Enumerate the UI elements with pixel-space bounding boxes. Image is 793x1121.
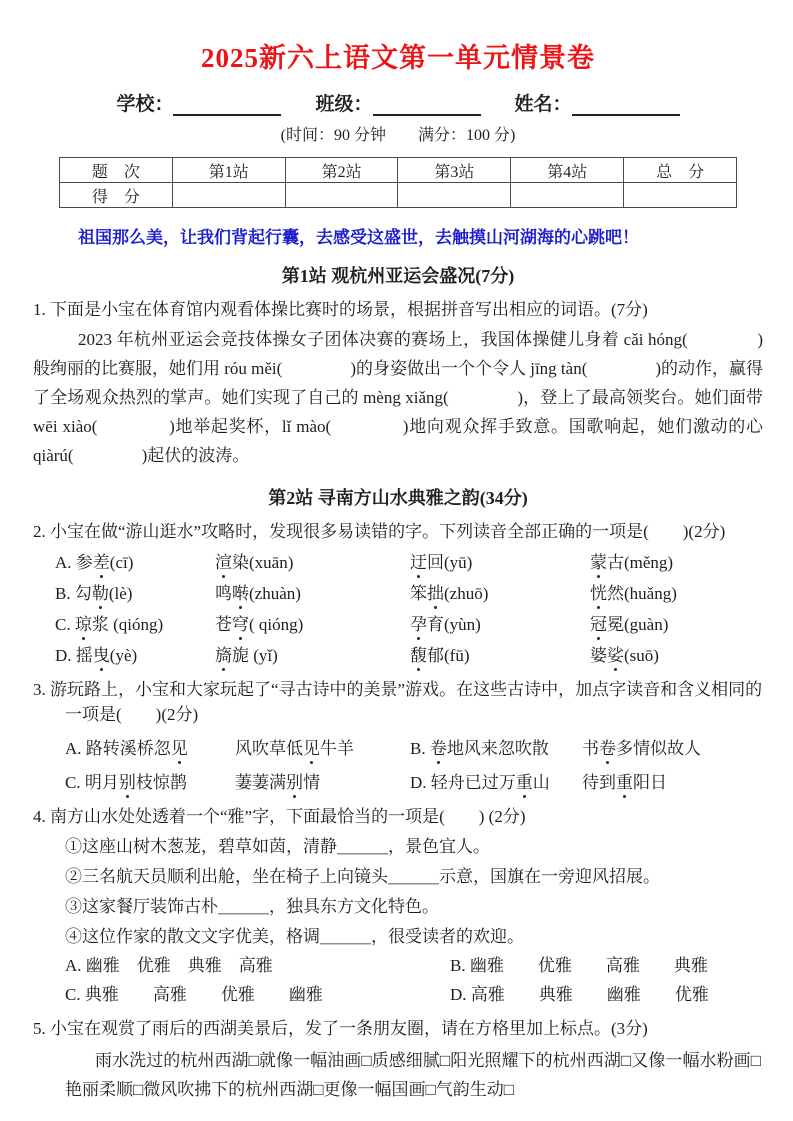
q5-stem: 5. 小宝在观赏了雨后的西湖美景后，发了一条朋友圈，请在方格里加上标点。(3分): [33, 1016, 763, 1041]
q3-stem: 3. 游玩路上，小宝和大家玩起了“寻古诗中的美景”游戏。在这些古诗中，加点字读音…: [33, 677, 763, 727]
score-col-total: 总 分: [624, 158, 737, 183]
q3-option-b-phrase1: B. 卷地风来忽吹散: [410, 737, 582, 761]
q2-option-c2: 苍穹( qióng): [215, 613, 410, 637]
q2-option-c4: 冠冕(guàn): [590, 613, 763, 637]
score-col-station2: 第2站: [285, 158, 398, 183]
dotted-char: 重: [616, 771, 633, 795]
option-text: 萋萋满: [235, 773, 286, 792]
q4-sentence-2: ②三名航天员顺利出舱，坐在椅子上向镜头＿＿＿示意，国旗在一旁迎风招展。: [65, 865, 763, 889]
q2-option-row-a: A. 参差(cī) 渲染(xuān) 迂回(yū) 蒙古(měng): [33, 551, 763, 575]
school-blank: [173, 95, 281, 116]
option-text: 苍: [215, 615, 232, 634]
option-text: 婆: [590, 646, 607, 665]
option-text: (cī): [110, 553, 134, 572]
option-text: 郁(fū): [427, 646, 469, 665]
q3-option-b-phrase2: 书卷多情似故人: [582, 737, 763, 761]
q3-option-d-phrase2: 待到重阳日: [582, 771, 763, 795]
q2-option-d1: D. 摇曳(yè): [55, 644, 215, 668]
q4-sentence-3: ③这家餐厅装饰古朴＿＿＿，独具东方文化特色。: [65, 895, 763, 919]
q4-sentence-4: ④这位作家的散文文字优美，格调＿＿＿，很受读者的欢迎。: [65, 925, 763, 949]
dotted-char: 馥: [410, 644, 427, 668]
q2-option-b1: B. 勾勒(lè): [55, 582, 215, 606]
option-text: 书: [582, 739, 599, 758]
time-score-line: (时间：90 分钟 满分：100 分): [33, 122, 763, 145]
option-text: 然(huǎng): [607, 584, 677, 603]
q2-option-row-c: C. 琼浆 (qióng) 苍穹( qióng) 孕育(yùn) 冠冕(guàn…: [33, 613, 763, 637]
dotted-char: 别: [286, 771, 303, 795]
option-text: 风吹草低: [235, 739, 303, 758]
q2-option-b3: 笨拙(zhuō): [410, 582, 590, 606]
score-col-label: 题 次: [60, 158, 173, 183]
q4-option-row-1: A. 幽雅 优雅 典雅 高雅 B. 幽雅 优雅 高雅 典雅: [33, 954, 763, 978]
score-table: 题 次 第1站 第2站 第3站 第4站 总 分 得 分: [59, 157, 737, 208]
score-cell-total: [624, 183, 737, 208]
q2-option-d2: 旖旎 (yǐ): [215, 644, 410, 668]
dotted-char: 拙: [427, 582, 444, 606]
name-field: 姓名：: [515, 89, 680, 116]
option-text: (zhuō): [444, 584, 488, 603]
q4-stem: 4. 南方山水处处透着一个“雅”字，下面最恰当的一项是( ) (2分): [33, 804, 763, 829]
option-text: (yè): [110, 646, 137, 665]
dotted-char: 见: [171, 737, 188, 761]
score-row-label: 得 分: [60, 183, 173, 208]
score-col-station4: 第4站: [511, 158, 624, 183]
dotted-char: 迂: [410, 551, 427, 575]
dotted-char: 曳: [93, 644, 110, 668]
q3-option-d-phrase1: D. 轻舟已过万重山: [410, 771, 582, 795]
q2-option-c1: C. 琼浆 (qióng): [55, 613, 215, 637]
score-cell-station4: [511, 183, 624, 208]
option-text: 枝惊鹊: [136, 773, 187, 792]
q2-option-a2: 渲染(xuān): [215, 551, 410, 575]
dotted-char: 渲: [215, 551, 232, 575]
option-text: 阳日: [633, 773, 667, 792]
q2-stem: 2. 小宝在做“游山逛水”攻略时，发现很多易读错的字。下列读音全部正确的一项是(…: [33, 519, 763, 544]
name-blank: [572, 95, 680, 116]
option-text: 待到: [582, 773, 616, 792]
q4-sentence-1: ①这座山树木葱茏，碧草如茵，清静＿＿＿，景色宜人。: [65, 835, 763, 859]
q4-option-row-2: C. 典雅 高雅 优雅 幽雅 D. 高雅 典雅 幽雅 优雅: [33, 983, 763, 1007]
q1-stem: 1. 下面是小宝在体育馆内观看体操比赛时的场景，根据拼音写出相应的词语。(7分): [33, 297, 763, 322]
station1-heading: 第1站 观杭州亚运会盛况(7分): [33, 262, 763, 288]
q2-option-b2: 鸣啭(zhuàn): [215, 582, 410, 606]
option-text: 山: [533, 773, 550, 792]
dotted-char: 恍: [590, 582, 607, 606]
student-info-row: 学校： 班级： 姓名：: [33, 89, 763, 116]
dotted-char: 别: [119, 771, 136, 795]
dotted-char: 啭: [232, 582, 249, 606]
option-text: D. 摇: [55, 646, 93, 665]
q3-option-a-phrase1: A. 路转溪桥忽见: [65, 737, 235, 761]
dotted-char: 卷: [430, 737, 447, 761]
dotted-char: 卷: [599, 737, 616, 761]
q2-option-c3: 孕育(yùn): [410, 613, 590, 637]
option-text: 笨: [410, 584, 427, 603]
class-label: 班级：: [315, 94, 372, 115]
option-text: 回(yū): [427, 553, 472, 572]
motto-line: 祖国那么美，让我们背起行囊，去感受这盛世，去触摸山河湖海的心跳吧！: [78, 223, 763, 248]
q2-option-row-d: D. 摇曳(yè) 旖旎 (yǐ) 馥郁(fū) 婆娑(suō): [33, 644, 763, 668]
dotted-char: 蒙: [590, 551, 607, 575]
score-col-station1: 第1站: [172, 158, 285, 183]
q2-option-b4: 恍然(huǎng): [590, 582, 763, 606]
q2-option-d4: 婆娑(suō): [590, 644, 763, 668]
score-cell-station1: [172, 183, 285, 208]
option-text: B.: [410, 739, 430, 758]
q2-option-a1: A. 参差(cī): [55, 551, 215, 575]
dotted-char: 旖: [215, 644, 232, 668]
option-text: (suō): [624, 646, 659, 665]
q4-option-d: D. 高雅 典雅 幽雅 优雅: [450, 983, 763, 1007]
q1-passage: 2023 年杭州亚运会竞技体操女子团体决赛的赛场上，我国体操健儿身着 cǎi h…: [33, 325, 763, 470]
dotted-char: 娑: [607, 644, 624, 668]
station2-heading: 第2站 寻南方山水典雅之韵(34分): [33, 484, 763, 510]
option-text: ( qióng): [249, 615, 303, 634]
score-cell-station3: [398, 183, 511, 208]
option-text: C.: [55, 615, 75, 634]
dotted-char: 勒: [92, 582, 109, 606]
school-label: 学校：: [116, 94, 173, 115]
school-field: 学校：: [116, 89, 281, 116]
option-text: 育(yùn): [427, 615, 481, 634]
option-text: 地风来忽吹散: [447, 739, 549, 758]
option-text: 浆 (qióng): [92, 615, 163, 634]
option-text: 旎 (yǐ): [232, 646, 278, 665]
option-text: 染(xuān): [232, 553, 293, 572]
option-text: A. 参: [55, 553, 93, 572]
option-text: (zhuàn): [249, 584, 301, 603]
score-table-score-row: 得 分: [60, 183, 737, 208]
option-text: 多情似故人: [616, 739, 701, 758]
score-cell-station2: [285, 183, 398, 208]
score-table-header-row: 题 次 第1站 第2站 第3站 第4站 总 分: [60, 158, 737, 183]
option-text: 牛羊: [320, 739, 354, 758]
q2-option-row-b: B. 勾勒(lè) 鸣啭(zhuàn) 笨拙(zhuō) 恍然(huǎng): [33, 582, 763, 606]
page-title: 2025新六上语文第一单元情景卷: [33, 42, 763, 74]
dotted-char: 重: [516, 771, 533, 795]
option-text: C. 明月: [65, 773, 119, 792]
q4-option-c: C. 典雅 高雅 优雅 幽雅: [65, 983, 450, 1007]
q3-option-c-phrase2: 萋萋满别情: [235, 771, 410, 795]
q2-option-d3: 馥郁(fū): [410, 644, 590, 668]
q5-passage: 雨水洗过的杭州西湖□就像一幅油画□质感细腻□阳光照耀下的杭州西湖□又像一幅水粉画…: [65, 1046, 763, 1104]
option-text: D. 轻舟已过万: [410, 773, 516, 792]
class-blank: [373, 95, 481, 116]
dotted-char: 孕: [410, 613, 427, 637]
q3-option-a-phrase2: 风吹草低见牛羊: [235, 737, 410, 761]
q2-option-a3: 迂回(yū): [410, 551, 590, 575]
q4-option-a: A. 幽雅 优雅 典雅 高雅: [65, 954, 450, 978]
q3-option-row-2: C. 明月别枝惊鹊 萋萋满别情 D. 轻舟已过万重山 待到重阳日: [33, 771, 763, 795]
q3-option-row-1: A. 路转溪桥忽见 风吹草低见牛羊 B. 卷地风来忽吹散 书卷多情似故人: [33, 737, 763, 761]
dotted-char: 差: [93, 551, 110, 575]
option-text: 情: [303, 773, 320, 792]
dotted-char: 琼: [75, 613, 92, 637]
score-col-station3: 第3站: [398, 158, 511, 183]
q4-option-b: B. 幽雅 优雅 高雅 典雅: [450, 954, 763, 978]
option-text: 冕(guàn): [607, 615, 668, 634]
q2-option-a4: 蒙古(měng): [590, 551, 763, 575]
name-label: 姓名：: [515, 94, 572, 115]
q3-option-c-phrase1: C. 明月别枝惊鹊: [65, 771, 235, 795]
option-text: A. 路转溪桥忽: [65, 739, 171, 758]
dotted-char: 穹: [232, 613, 249, 637]
option-text: 古(měng): [607, 553, 673, 572]
option-text: B. 勾: [55, 584, 92, 603]
dotted-char: 冠: [590, 613, 607, 637]
dotted-char: 见: [303, 737, 320, 761]
option-text: (lè): [109, 584, 133, 603]
class-field: 班级：: [315, 89, 480, 116]
option-text: 鸣: [215, 584, 232, 603]
exam-paper-page: 2025新六上语文第一单元情景卷 学校： 班级： 姓名： (时间：90 分钟 满…: [0, 0, 793, 1121]
